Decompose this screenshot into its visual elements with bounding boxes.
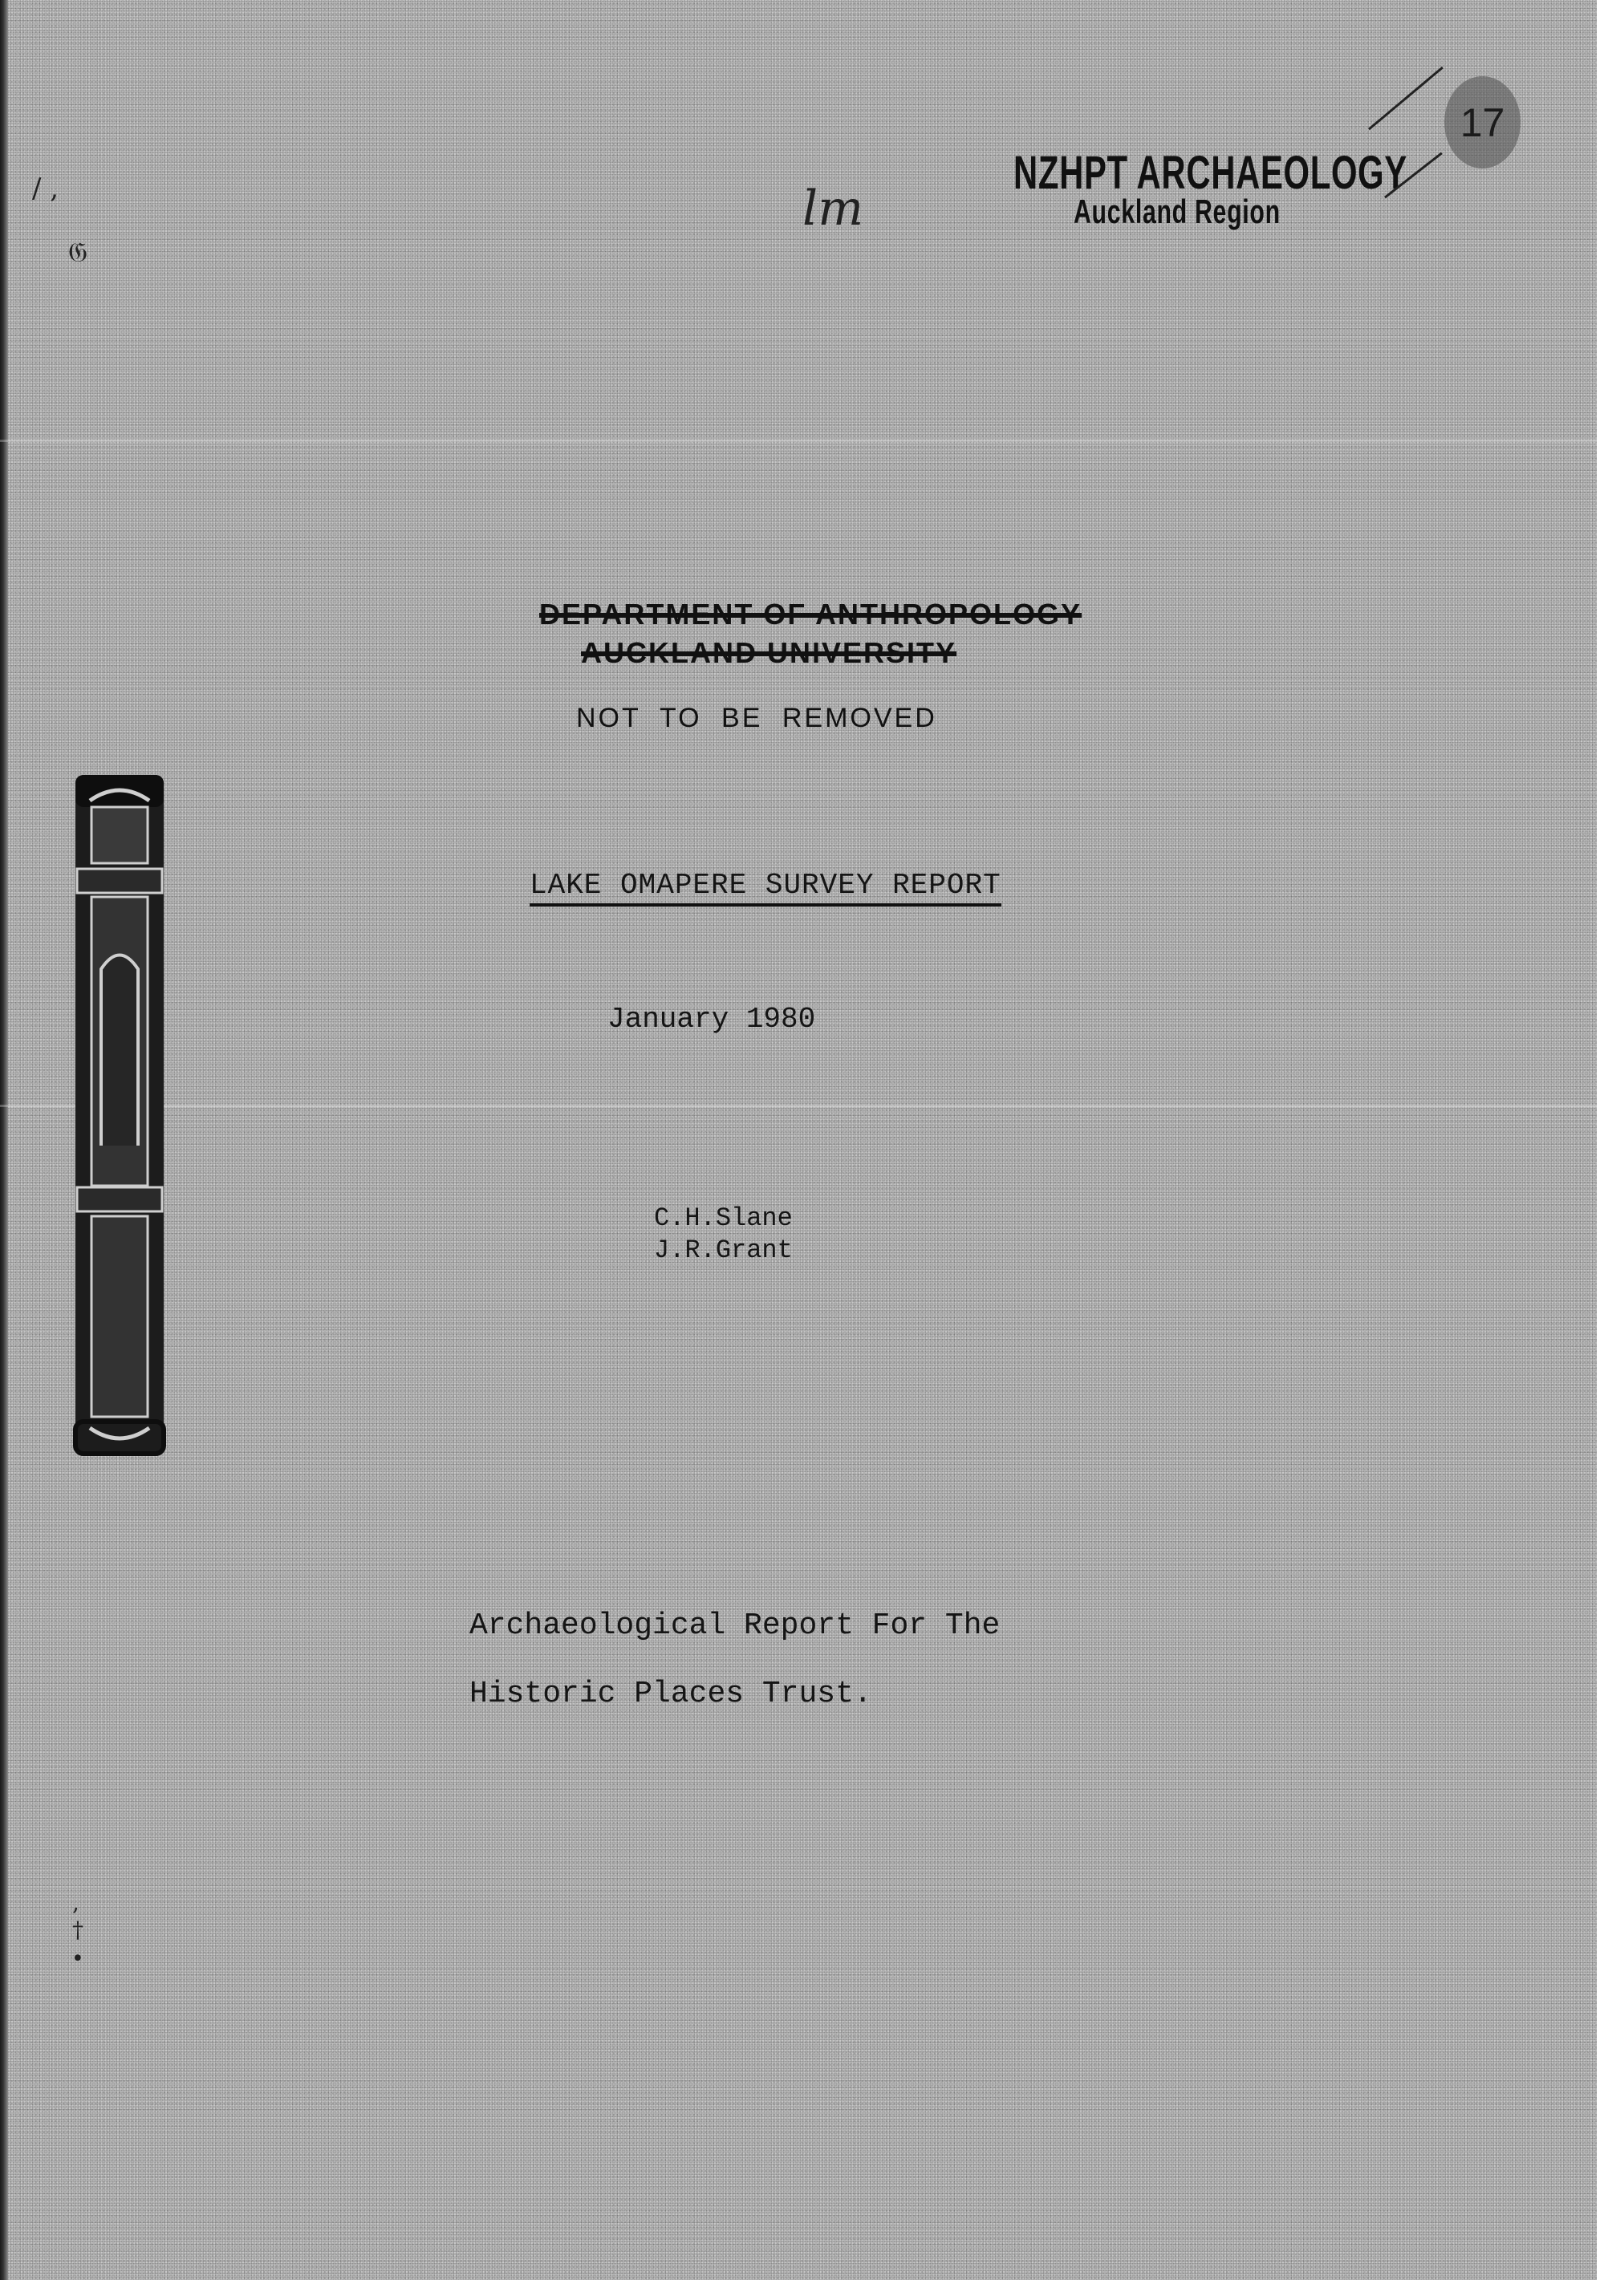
fold-line: [0, 1105, 1597, 1107]
page-left-edge: [0, 0, 8, 2280]
binder-clip-icon: [72, 769, 167, 1460]
fold-line: [0, 440, 1597, 442]
author: J.R.Grant: [654, 1235, 793, 1265]
not-to-be-removed-notice: NOT TO BE REMOVED: [576, 703, 937, 734]
margin-mark: ,†∙: [72, 1889, 83, 1971]
archive-stamp-subtitle: Auckland Region: [1074, 193, 1281, 231]
report-date: January 1980: [607, 1003, 815, 1036]
margin-mark: 𝔊: [68, 237, 87, 269]
struck-university-line: AUCKLAND UNIVERSITY: [581, 636, 956, 670]
archive-stamp-title: NZHPT ARCHAEOLOGY: [1013, 146, 1407, 200]
pen-stroke: [1368, 67, 1444, 130]
struck-department-line: DEPARTMENT OF ANTHROPOLOGY: [539, 598, 1082, 631]
page-number-badge: 17: [1444, 76, 1521, 168]
author: C.H.Slane: [654, 1203, 793, 1233]
handwritten-initials: lm: [802, 181, 863, 237]
report-title: LAKE OMAPERE SURVEY REPORT: [530, 869, 1001, 907]
report-purpose-line: Archaeological Report For The: [469, 1608, 1000, 1643]
page-number: 17: [1460, 99, 1505, 146]
margin-mark: / ,: [32, 172, 59, 205]
report-purpose-line: Historic Places Trust.: [469, 1677, 872, 1711]
scanned-page: / , 𝔊 ,†∙ NZHPT ARCHAEOLOGY Auckland Reg…: [0, 0, 1597, 2280]
